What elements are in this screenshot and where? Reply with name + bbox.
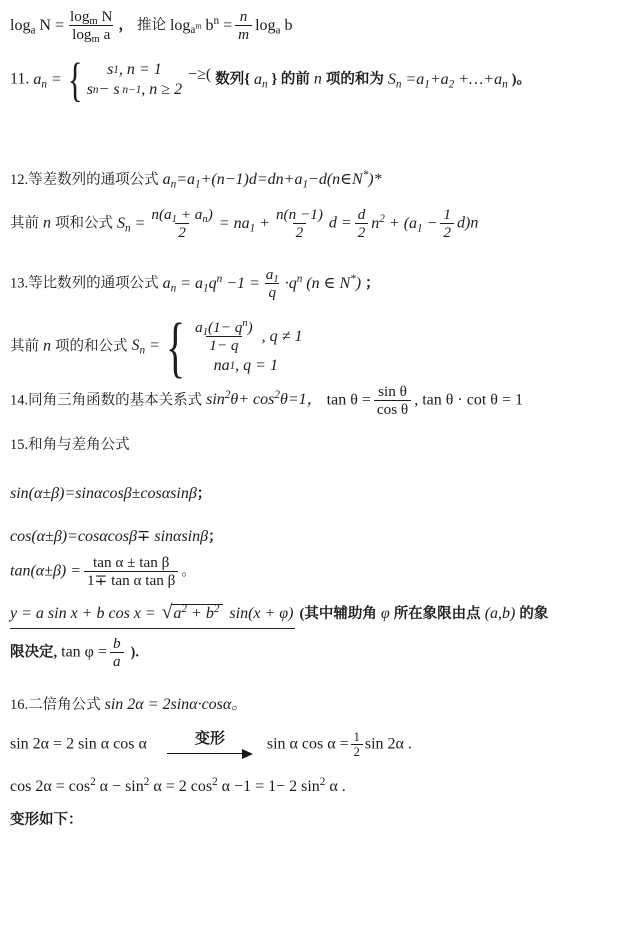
- fraction-denominator: 2: [351, 744, 363, 759]
- cn-text: (其中辅助角: [299, 606, 376, 622]
- right-arrow-icon: [167, 749, 253, 760]
- fraction: 12: [351, 730, 363, 760]
- cn-text: ).: [131, 644, 139, 660]
- cn-heading: 14.同角三角函数的基本关系式: [10, 392, 202, 408]
- transform-arrow-label: 变形: [192, 730, 228, 749]
- fraction-numerator: n(n −1): [273, 206, 326, 223]
- cn-text: 限决定,: [10, 644, 57, 660]
- cn-text: 的象: [519, 606, 548, 622]
- fraction-denominator: q: [265, 283, 279, 301]
- math-run: an =: [33, 71, 61, 88]
- math-run: φ: [381, 605, 390, 622]
- math-run: cos 2α = cos2 α − sin2 α = 2 cos2 α −1 =…: [10, 778, 346, 795]
- fraction-denominator: m: [235, 25, 252, 43]
- math-run: sin(α±β)=sinαcosβ±cosαsinβ: [10, 485, 197, 502]
- math-run: Sn =: [132, 337, 160, 354]
- math-run: cos(α±β)=cosαcosβ∓ sinαsinβ: [10, 528, 208, 545]
- math-run: n: [43, 337, 51, 354]
- fraction: d2: [355, 206, 369, 242]
- fraction: sin θcos θ: [374, 383, 411, 419]
- fraction-denominator: a: [110, 652, 124, 670]
- formula-line-item-15: 15.和角与差角公式: [10, 433, 637, 454]
- formula-line-item-12: 12.等差数列的通项公式 an=a1+(n−1)d=dn+a1−d(n∈N*)*: [10, 168, 637, 189]
- math-run: −≥(: [188, 66, 211, 83]
- cn-heading: 15.和角与差角公式: [10, 437, 130, 453]
- math-run: d =: [329, 215, 352, 232]
- math-run: tan θ =: [327, 391, 371, 408]
- cases-rows: a1(1− qn)1− q, q ≠ 1na1, q = 1: [189, 319, 302, 375]
- cn-text: 其前: [10, 216, 39, 232]
- math-run: n: [43, 215, 51, 232]
- math-run: (a,b): [485, 605, 516, 622]
- cn-text: )。: [512, 72, 531, 88]
- math-run: an=a1+(n−1)d=dn+a1−d(n∈N*)*: [163, 171, 382, 188]
- fraction-numerator: 1: [440, 206, 454, 223]
- cn-text: 其前: [10, 338, 39, 354]
- cn-text: } 的前: [272, 72, 310, 88]
- cases-rows: s1, n = 1sn − sn−1, n ≥ 2: [87, 61, 182, 99]
- fraction: tan α ± tan β1∓ tan α tan β: [84, 554, 178, 590]
- fraction-denominator: 2: [440, 223, 454, 241]
- cn-text: 数列{: [215, 72, 250, 88]
- fraction-numerator: logm N: [67, 8, 115, 25]
- cn-text: 推论: [137, 18, 166, 34]
- math-run: sin(x + φ): [229, 605, 293, 623]
- fraction-numerator: a1(1− qn): [192, 319, 256, 336]
- fraction: ba: [110, 635, 124, 671]
- radical: √a2 + b2: [162, 602, 224, 624]
- left-brace: {: [68, 52, 83, 108]
- fraction-denominator: logm a: [69, 25, 113, 43]
- cn-text: 所在象限由点: [394, 606, 481, 622]
- cn-text: 项的和公式: [55, 338, 128, 354]
- fraction-numerator: tan α ± tan β: [90, 554, 172, 571]
- math-run: loga b: [255, 17, 292, 34]
- underlined-formula: y = a sin x + b cos x =√a2 + b2sin(x + φ…: [10, 602, 295, 629]
- cases-group: {a1(1− qn)1− q, q ≠ 1na1, q = 1: [166, 319, 303, 375]
- fraction-numerator: b: [110, 635, 124, 652]
- formula-line-item-16: 16.二倍角公式 sin 2α = 2sinα·cosα。: [10, 691, 637, 714]
- fraction-numerator: sin θ: [375, 383, 410, 400]
- math-run: an = a1qn −1 =: [163, 275, 260, 292]
- fraction: a1q: [263, 266, 282, 302]
- case-row: s1, n = 1: [107, 61, 162, 79]
- math-run: = na1 +: [219, 215, 270, 232]
- math-run: , tan θ · cot θ = 1: [414, 391, 523, 408]
- fraction-denominator: 1− q: [206, 336, 241, 354]
- math-run: sin 2α = 2sinα·cosα。: [105, 696, 248, 713]
- math-run: n: [314, 71, 322, 88]
- punctuation: ；: [365, 276, 380, 292]
- radicand: a2 + b2: [171, 604, 223, 623]
- math-run: logam bn =: [170, 17, 232, 34]
- formula-line-item-13-sum: 其前 n 项的和公式 Sn = {a1(1− qn)1− q, q ≠ 1na1…: [10, 319, 637, 375]
- math-run: Sn =: [117, 215, 145, 232]
- cn-text: 项的和为: [326, 72, 384, 88]
- fraction: nm: [235, 8, 252, 44]
- math-run: sin 2α .: [365, 735, 412, 752]
- formula-line-log-base-change: loga N =logm Nlogm a， 推论 logam bn =nmlog…: [10, 8, 637, 44]
- formula-line-double-angle-cos: cos 2α = cos2 α − sin2 α = 2 cos2 α −1 =…: [10, 778, 637, 796]
- case-condition: , q ≠ 1: [262, 328, 303, 346]
- punctuation: ；: [208, 529, 223, 545]
- formula-line-tan-addition: tan(α±β) =tan α ± tan β1∓ tan α tan β。: [10, 554, 637, 590]
- fraction-denominator: cos θ: [374, 400, 411, 418]
- formula-line-cos-addition: cos(α±β)=cosαcosβ∓ sinαsinβ；: [10, 525, 637, 546]
- math-run: sin 2α = 2 sin α cos α: [10, 735, 147, 752]
- math-run: sin2θ+ cos2θ=1，: [206, 391, 323, 408]
- formula-line-item-11: 11. an = {s1, n = 1sn − sn−1, n ≥ 2 −≥( …: [10, 61, 637, 99]
- formula-line-item-12-sum: 其前 n 项和公式 Sn =n(a1 + an)2= na1 +n(n −1)2…: [10, 206, 637, 242]
- cn-heading: 16.二倍角公式: [10, 697, 101, 713]
- fraction: n(a1 + an)2: [148, 206, 215, 242]
- fraction-denominator: 1∓ tan α tan β: [84, 571, 178, 589]
- fraction: 12: [440, 206, 454, 242]
- math-run: loga N =: [10, 17, 64, 34]
- fraction-numerator: d: [355, 206, 369, 223]
- item-number: 11.: [10, 71, 29, 88]
- fraction-denominator: 2: [175, 223, 189, 241]
- math-run: an: [254, 71, 268, 88]
- fraction: a1(1− qn)1− q: [192, 319, 256, 355]
- formula-line-auxiliary-angle: y = a sin x + b cos x =√a2 + b2sin(x + φ…: [10, 602, 637, 629]
- math-run: sin α cos α =: [267, 735, 349, 752]
- cases-group: {s1, n = 1sn − sn−1, n ≥ 2: [68, 61, 182, 99]
- transform-arrow-group: 变形: [167, 730, 253, 760]
- math-run: d)n: [457, 215, 478, 232]
- cn-heading: 12.等差数列的通项公式: [10, 172, 159, 188]
- math-run: tan(α±β) =: [10, 562, 81, 579]
- formula-line-item-14: 14.同角三角函数的基本关系式 sin2θ+ cos2θ=1， tan θ =s…: [10, 383, 637, 419]
- document-page: loga N =logm Nlogm a， 推论 logam bn =nmlog…: [0, 0, 641, 948]
- fraction-denominator: 2: [355, 223, 369, 241]
- punctuation: ，: [118, 18, 133, 34]
- cn-heading: 13.等比数列的通项公式: [10, 276, 159, 292]
- cn-text: 项和公式: [55, 216, 113, 232]
- math-run: Sn =a1+a2 +…+an: [388, 71, 508, 88]
- fraction-denominator: 2: [293, 223, 307, 241]
- fraction: n(n −1)2: [273, 206, 326, 242]
- footer-heading: 变形如下：: [10, 808, 637, 829]
- punctuation: ；: [197, 486, 212, 502]
- math-run: tan φ =: [61, 643, 107, 660]
- fraction: logm Nlogm a: [67, 8, 115, 44]
- math-run: y = a sin x + b cos x =: [10, 605, 156, 623]
- math-run: n2 + (a1 −: [371, 215, 437, 232]
- formula-line-sin-addition: sin(α±β)=sinαcosβ±cosαsinβ；: [10, 482, 637, 503]
- formula-line-auxiliary-angle-2: 限决定, tan φ =ba ).: [10, 635, 637, 671]
- formula-line-double-angle-sin: sin 2α = 2 sin α cos α变形sin α cos α =12s…: [10, 730, 637, 760]
- fraction-numerator: a1: [263, 266, 282, 283]
- case-row: a1(1− qn)1− q, q ≠ 1: [189, 319, 302, 355]
- cn-heading: 变形如下：: [10, 812, 83, 828]
- fraction-numerator: n: [237, 8, 251, 25]
- formula-line-item-13: 13.等比数列的通项公式 an = a1qn −1 =a1q·qn (n ∈ N…: [10, 266, 637, 302]
- case-row: sn − sn−1, n ≥ 2: [87, 81, 182, 99]
- fraction-numerator: 1: [351, 730, 363, 744]
- punctuation: 。: [181, 563, 196, 579]
- left-brace: {: [166, 307, 185, 387]
- math-run: ·qn (n ∈ N*): [285, 275, 361, 292]
- case-row: na1, q = 1: [214, 357, 278, 375]
- fraction-numerator: n(a1 + an): [148, 206, 215, 223]
